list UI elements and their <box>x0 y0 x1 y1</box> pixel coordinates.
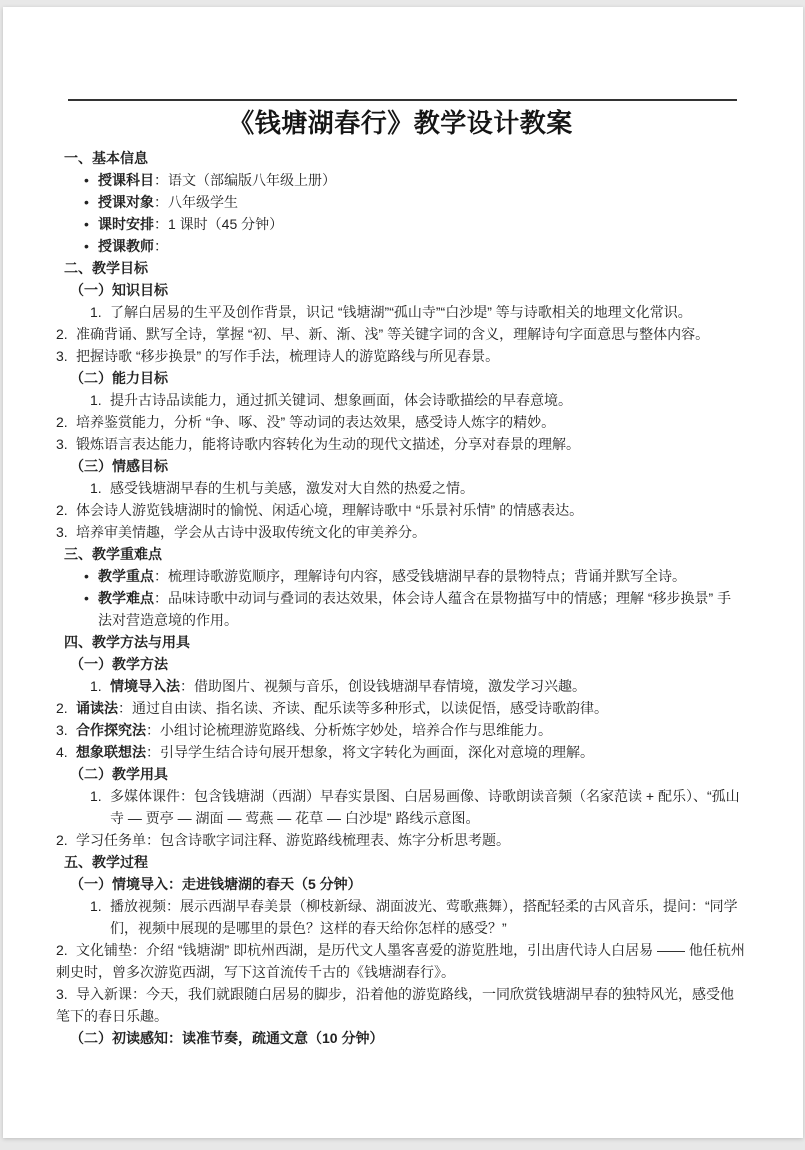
text-run: 二、教学目标 <box>64 260 148 276</box>
document-content: 《钱塘湖春行》教学设计教案 一、基本信息•授课科目：语文（部编版八年级上册）•授… <box>3 7 803 1049</box>
list-number: 4. <box>56 741 76 763</box>
bullet-item: •授课教师： <box>56 235 745 257</box>
bullet-icon: • <box>84 169 89 191</box>
text-run: ：引导学生结合诗句展开想象，将文字转化为画面，深化对意境的理解。 <box>146 744 594 760</box>
numbered-item: 3.锻炼语言表达能力，能将诗歌内容转化为生动的现代文描述，分享对春景的理解。 <box>56 433 745 455</box>
text-run: （二）教学用具 <box>70 766 168 782</box>
text-run: ：梳理诗歌游览顺序，理解诗句内容，感受钱塘湖早春的景物特点；背诵并默写全诗。 <box>154 568 686 584</box>
text-run: 三、教学重难点 <box>64 546 162 562</box>
list-number: 1. <box>90 477 102 499</box>
sub-heading: （一）知识目标 <box>56 279 745 301</box>
text-run: 感受钱塘湖早春的生机与美感，激发对大自然的热爱之情。 <box>110 480 474 496</box>
list-number: 3. <box>56 433 76 455</box>
text-run: 文化铺垫：介绍 “钱塘湖” 即杭州西湖，是历代文人墨客喜爱的游览胜地，引出唐代诗… <box>56 942 745 980</box>
section-heading: 三、教学重难点 <box>56 543 745 565</box>
sub-heading: （二）教学用具 <box>56 763 745 785</box>
text-run: 诵读法 <box>76 700 118 716</box>
numbered-item: 3.把握诗歌 “移步换景” 的写作手法，梳理诗人的游览路线与所见春景。 <box>56 345 745 367</box>
text-run: 播放视频：展示西湖早春美景（柳枝新绿、湖面波光、莺歌燕舞），搭配轻柔的古风音乐，… <box>110 898 738 936</box>
text-run: ：1 课时（45 分钟） <box>154 216 283 232</box>
numbered-item: 2.文化铺垫：介绍 “钱塘湖” 即杭州西湖，是历代文人墨客喜爱的游览胜地，引出唐… <box>56 939 745 983</box>
bullet-icon: • <box>84 565 89 587</box>
text-run: ：借助图片、视频与音乐，创设钱塘湖早春情境，激发学习兴趣。 <box>180 678 586 694</box>
list-number: 2. <box>56 697 76 719</box>
list-number: 3. <box>56 719 76 741</box>
bullet-item: •教学重点：梳理诗歌游览顺序，理解诗句内容，感受钱塘湖早春的景物特点；背诵并默写… <box>56 565 745 587</box>
canvas: { "colors": { "canvas_background": "#e8e… <box>0 0 805 1150</box>
section-heading: 五、教学过程 <box>56 851 745 873</box>
list-number: 1. <box>90 785 102 807</box>
text-run: 培养审美情趣，学会从古诗中汲取传统文化的审美养分。 <box>76 524 426 540</box>
bullet-item: •授课科目：语文（部编版八年级上册） <box>56 169 745 191</box>
title-divider <box>68 99 737 101</box>
list-number: 1. <box>90 895 102 917</box>
numbered-item: 1.了解白居易的生平及创作背景，识记 “钱塘湖”“孤山寺”“白沙堤” 等与诗歌相… <box>56 301 745 323</box>
section-heading: 一、基本信息 <box>56 147 745 169</box>
section-heading: 四、教学方法与用具 <box>56 631 745 653</box>
list-number: 2. <box>56 939 76 961</box>
text-run: 授课科目 <box>98 172 154 188</box>
bullet-item: •教学难点：品味诗歌中动词与叠词的表达效果，体会诗人蕴含在景物描写中的情感；理解… <box>56 587 745 631</box>
numbered-item: 1.多媒体课件：包含钱塘湖（西湖）早春实景图、白居易画像、诗歌朗读音频（名家范读… <box>56 785 745 829</box>
text-run: ：品味诗歌中动词与叠词的表达效果，体会诗人蕴含在景物描写中的情感；理解 “移步换… <box>98 590 731 628</box>
text-run: ：语文（部编版八年级上册） <box>154 172 336 188</box>
numbered-item: 1.提升古诗品读能力，通过抓关键词、想象画面，体会诗歌描绘的早春意境。 <box>56 389 745 411</box>
bullet-item: •授课对象：八年级学生 <box>56 191 745 213</box>
list-number: 1. <box>90 301 102 323</box>
text-run: 课时安排 <box>98 216 154 232</box>
text-run: 教学难点 <box>98 590 154 606</box>
numbered-item: 3.导入新课：今天，我们就跟随白居易的脚步，沿着他的游览路线，一同欣赏钱塘湖早春… <box>56 983 745 1027</box>
list-number: 1. <box>90 389 102 411</box>
bullet-icon: • <box>84 235 89 257</box>
text-run: 导入新课：今天，我们就跟随白居易的脚步，沿着他的游览路线，一同欣赏钱塘湖早春的独… <box>56 986 734 1024</box>
list-number: 1. <box>90 675 102 697</box>
text-run: 提升古诗品读能力，通过抓关键词、想象画面，体会诗歌描绘的早春意境。 <box>110 392 572 408</box>
list-number: 3. <box>56 521 76 543</box>
text-run: 授课教师 <box>98 238 154 254</box>
text-run: 了解白居易的生平及创作背景，识记 “钱塘湖”“孤山寺”“白沙堤” 等与诗歌相关的… <box>110 304 692 320</box>
text-run: （二）初读感知：读准节奏，疏通文意（10 分钟） <box>70 1030 383 1046</box>
document-page: 《钱塘湖春行》教学设计教案 一、基本信息•授课科目：语文（部编版八年级上册）•授… <box>3 7 803 1138</box>
numbered-item: 2.学习任务单：包含诗歌字词注释、游览路线梳理表、炼字分析思考题。 <box>56 829 745 851</box>
list-number: 2. <box>56 499 76 521</box>
bullet-icon: • <box>84 213 89 235</box>
text-run: （一）教学方法 <box>70 656 168 672</box>
numbered-item: 1.情境导入法：借助图片、视频与音乐，创设钱塘湖早春情境，激发学习兴趣。 <box>56 675 745 697</box>
text-run: 学习任务单：包含诗歌字词注释、游览路线梳理表、炼字分析思考题。 <box>76 832 510 848</box>
text-run: 四、教学方法与用具 <box>64 634 190 650</box>
list-number: 2. <box>56 323 76 345</box>
sub-heading: （二）初读感知：读准节奏，疏通文意（10 分钟） <box>56 1027 745 1049</box>
text-run: 锻炼语言表达能力，能将诗歌内容转化为生动的现代文描述，分享对春景的理解。 <box>76 436 580 452</box>
bullet-icon: • <box>84 191 89 213</box>
bullet-item: •课时安排：1 课时（45 分钟） <box>56 213 745 235</box>
sub-heading: （一）教学方法 <box>56 653 745 675</box>
list-number: 2. <box>56 829 76 851</box>
text-run: ： <box>154 238 168 254</box>
sub-heading: （二）能力目标 <box>56 367 745 389</box>
text-run: ：小组讨论梳理游览路线、分析炼字妙处，培养合作与思维能力。 <box>146 722 552 738</box>
text-run: 培养鉴赏能力，分析 “争、啄、没” 等动词的表达效果，感受诗人炼字的精妙。 <box>76 414 555 430</box>
numbered-item: 3.培养审美情趣，学会从古诗中汲取传统文化的审美养分。 <box>56 521 745 543</box>
numbered-item: 1.播放视频：展示西湖早春美景（柳枝新绿、湖面波光、莺歌燕舞），搭配轻柔的古风音… <box>56 895 745 939</box>
text-run: 授课对象 <box>98 194 154 210</box>
numbered-item: 2.诵读法：通过自由读、指名读、齐读、配乐读等多种形式，以读促悟，感受诗歌韵律。 <box>56 697 745 719</box>
numbered-item: 3.合作探究法：小组讨论梳理游览路线、分析炼字妙处，培养合作与思维能力。 <box>56 719 745 741</box>
text-run: 准确背诵、默写全诗，掌握 “初、早、新、渐、浅” 等关键字词的含义，理解诗句字面… <box>76 326 709 342</box>
text-run: ：通过自由读、指名读、齐读、配乐读等多种形式，以读促悟，感受诗歌韵律。 <box>118 700 608 716</box>
text-run: 体会诗人游览钱塘湖时的愉悦、闲适心境，理解诗歌中 “乐景衬乐情” 的情感表达。 <box>76 502 583 518</box>
text-run: 想象联想法 <box>76 744 146 760</box>
numbered-item: 2.培养鉴赏能力，分析 “争、啄、没” 等动词的表达效果，感受诗人炼字的精妙。 <box>56 411 745 433</box>
text-run: 一、基本信息 <box>64 150 148 166</box>
document-body: 一、基本信息•授课科目：语文（部编版八年级上册）•授课对象：八年级学生•课时安排… <box>56 147 745 1049</box>
text-run: （二）能力目标 <box>70 370 168 386</box>
sub-heading: （一）情境导入：走进钱塘湖的春天（5 分钟） <box>56 873 745 895</box>
list-number: 3. <box>56 983 76 1005</box>
sub-heading: （三）情感目标 <box>56 455 745 477</box>
text-run: ：八年级学生 <box>154 194 238 210</box>
text-run: 把握诗歌 “移步换景” 的写作手法，梳理诗人的游览路线与所见春景。 <box>76 348 499 364</box>
list-number: 2. <box>56 411 76 433</box>
text-run: 多媒体课件：包含钱塘湖（西湖）早春实景图、白居易画像、诗歌朗读音频（名家范读 +… <box>110 788 740 826</box>
text-run: 合作探究法 <box>76 722 146 738</box>
text-run: （三）情感目标 <box>70 458 168 474</box>
text-run: 五、教学过程 <box>64 854 148 870</box>
numbered-item: 4.想象联想法：引导学生结合诗句展开想象，将文字转化为画面，深化对意境的理解。 <box>56 741 745 763</box>
text-run: （一）知识目标 <box>70 282 168 298</box>
text-run: 教学重点 <box>98 568 154 584</box>
list-number: 3. <box>56 345 76 367</box>
text-run: （一）情境导入：走进钱塘湖的春天（5 分钟） <box>70 876 362 892</box>
text-run: 情境导入法 <box>110 678 180 694</box>
bullet-icon: • <box>84 587 89 609</box>
numbered-item: 1.感受钱塘湖早春的生机与美感，激发对大自然的热爱之情。 <box>56 477 745 499</box>
numbered-item: 2.准确背诵、默写全诗，掌握 “初、早、新、渐、浅” 等关键字词的含义，理解诗句… <box>56 323 745 345</box>
numbered-item: 2.体会诗人游览钱塘湖时的愉悦、闲适心境，理解诗歌中 “乐景衬乐情” 的情感表达… <box>56 499 745 521</box>
document-title: 《钱塘湖春行》教学设计教案 <box>56 107 745 139</box>
section-heading: 二、教学目标 <box>56 257 745 279</box>
